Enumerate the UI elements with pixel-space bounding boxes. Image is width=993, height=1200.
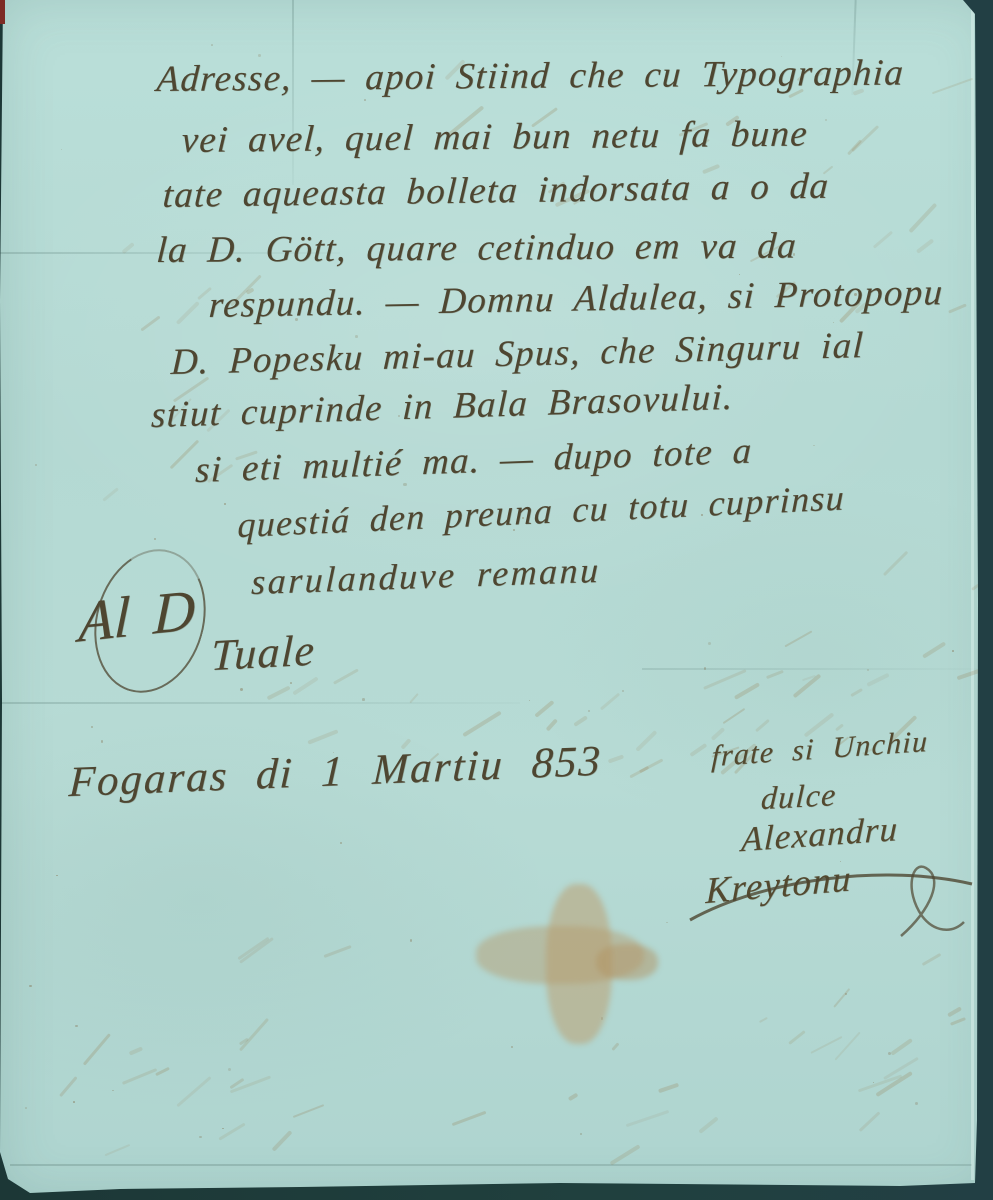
showthrough-stroke: [850, 688, 863, 697]
showthrough-stroke: [704, 669, 747, 690]
showthrough-stroke: [292, 677, 318, 696]
showthrough-stroke: [218, 1122, 246, 1140]
showthrough-stroke: [324, 945, 352, 958]
signature-surname: Kreytonu: [705, 857, 852, 913]
handwritten-line: si eti multié ma. — dupo tote a: [194, 430, 753, 493]
showthrough-stroke: [734, 682, 760, 700]
paper-speck: [915, 1102, 918, 1105]
showthrough-stroke: [121, 242, 134, 254]
handwritten-line: la D. Gött, quare cetinduo em va da: [155, 225, 798, 272]
showthrough-stroke: [237, 937, 269, 960]
paper-speck: [25, 1107, 27, 1109]
showthrough-stroke: [230, 1077, 245, 1089]
horizontal-fold-crease: [0, 702, 520, 704]
paper-speck: [580, 1133, 582, 1135]
showthrough-stroke: [333, 669, 359, 686]
showthrough-stroke: [890, 1038, 912, 1055]
showthrough-stroke: [600, 693, 620, 711]
showthrough-stroke: [922, 641, 946, 658]
showthrough-stroke: [122, 1068, 157, 1084]
scanned-letter-canvas: Adresse, — apoi Stiind che cu Typographi…: [0, 0, 993, 1200]
showthrough-stroke: [140, 316, 160, 332]
handwritten-line: D. Popesku mi-au Spus, che Singuru ial: [170, 324, 865, 384]
handwritten-line: sarulanduve remanu: [251, 549, 602, 603]
showthrough-stroke: [971, 570, 993, 591]
showthrough-stroke: [626, 1110, 670, 1128]
paper-speck: [362, 698, 365, 701]
showthrough-stroke: [690, 743, 708, 757]
bottom-edge-fold-line: [10, 1164, 972, 1166]
showthrough-stroke: [949, 303, 968, 313]
paper-speck: [704, 667, 706, 669]
showthrough-stroke: [176, 301, 200, 325]
showthrough-stroke: [759, 1017, 768, 1023]
paper-speck: [91, 726, 93, 728]
showthrough-stroke: [792, 674, 821, 699]
handwritten-line: respundu. — Domnu Aldulea, si Protopopu: [208, 271, 945, 327]
showthrough-stroke: [847, 140, 862, 156]
showthrough-stroke: [546, 718, 558, 731]
showthrough-stroke: [409, 693, 419, 704]
paper-speck: [952, 650, 954, 652]
showthrough-stroke: [858, 1074, 902, 1091]
paper-speck: [154, 538, 156, 540]
handwritten-line: tate aqueasta bolleta indorsata a o da: [162, 165, 831, 217]
paper-speck: [888, 1052, 891, 1055]
showthrough-stroke: [948, 1006, 962, 1017]
scan-edge-red-sliver: [0, 0, 5, 24]
letter-paper-sheet: Adresse, — apoi Stiind che cu Typographi…: [0, 0, 993, 1200]
paper-speck: [588, 710, 589, 711]
showthrough-stroke: [239, 1017, 269, 1051]
showthrough-stroke: [873, 230, 894, 248]
signature-line: frate si Unchiu: [711, 725, 929, 774]
showthrough-stroke: [723, 708, 746, 724]
paper-edge-highlight: [971, 8, 974, 1180]
paper-speck: [61, 149, 62, 150]
showthrough-stroke: [635, 730, 657, 752]
paper-speck: [228, 1068, 231, 1071]
dateline: Fogaras di 1 Martiu 853: [68, 737, 604, 808]
showthrough-stroke: [128, 1046, 143, 1056]
paper-speck: [56, 875, 57, 876]
showthrough-stroke: [568, 1093, 578, 1101]
paper-speck: [845, 993, 848, 996]
showthrough-stroke: [810, 1036, 842, 1054]
showthrough-stroke: [83, 1034, 111, 1066]
paper-speck: [708, 642, 711, 645]
paper-speck: [364, 99, 366, 101]
paper-speck: [211, 44, 213, 46]
paper-speck: [410, 939, 413, 942]
paper-speck: [112, 1090, 114, 1092]
showthrough-stroke: [884, 1057, 920, 1080]
showthrough-stroke: [239, 1037, 249, 1045]
showthrough-stroke: [833, 989, 850, 1009]
showthrough-stroke: [103, 488, 119, 502]
stain-blob: [596, 944, 658, 980]
showthrough-stroke: [293, 1104, 325, 1118]
showthrough-stroke: [788, 1030, 806, 1045]
handwritten-line: Adresse, — apoi Stiind che cu Typographi…: [155, 51, 905, 101]
paper-speck: [240, 688, 243, 691]
paper-speck: [29, 985, 32, 988]
paper-speck: [622, 690, 624, 692]
cross-shaped-stain: [468, 878, 668, 1053]
horizontal-fold-crease: [642, 668, 977, 670]
showthrough-stroke: [915, 239, 934, 255]
paper-speck: [529, 700, 530, 701]
showthrough-stroke: [766, 670, 784, 680]
paper-speck: [222, 1128, 223, 1129]
paper-speck: [199, 1136, 202, 1139]
showthrough-stroke: [240, 937, 275, 963]
showthrough-stroke: [802, 675, 816, 682]
showthrough-stroke: [851, 125, 879, 152]
paper-speck: [35, 464, 37, 466]
paper-speck: [101, 740, 104, 743]
showthrough-stroke: [105, 1144, 131, 1157]
showthrough-stroke: [639, 765, 649, 772]
showthrough-stroke: [272, 1130, 293, 1151]
paper-speck: [224, 503, 226, 505]
showthrough-stroke: [230, 1076, 271, 1094]
handwritten-line: vei avel, quel mai bun netu fa bune: [180, 112, 809, 162]
paper-speck: [867, 669, 869, 671]
showthrough-stroke: [307, 729, 338, 745]
showthrough-stroke: [267, 685, 291, 699]
showthrough-stroke: [629, 758, 663, 778]
showthrough-stroke: [755, 719, 770, 733]
showthrough-stroke: [462, 711, 501, 737]
paper-speck: [873, 1082, 874, 1083]
showthrough-stroke: [866, 673, 889, 687]
showthrough-stroke: [177, 1075, 213, 1107]
paper-speck: [340, 842, 342, 844]
showthrough-stroke: [59, 1076, 78, 1097]
valediction-monogram: Al D: [78, 576, 197, 656]
showthrough-stroke: [883, 551, 908, 576]
showthrough-stroke: [698, 1116, 719, 1134]
paper-speck: [833, 322, 834, 323]
showthrough-stroke: [658, 1083, 679, 1093]
paper-speck: [75, 1025, 78, 1028]
showthrough-stroke: [956, 661, 993, 680]
paper-speck: [290, 682, 292, 684]
handwritten-line: stiut cuprinde in Bala Brasovului.: [150, 376, 734, 437]
showthrough-stroke: [950, 1017, 966, 1025]
showthrough-stroke: [859, 1111, 881, 1132]
showthrough-stroke: [156, 1067, 171, 1076]
showthrough-stroke: [932, 78, 973, 95]
showthrough-stroke: [834, 1031, 860, 1060]
paper-speck: [825, 119, 826, 120]
showthrough-stroke: [573, 715, 588, 727]
showthrough-stroke: [908, 202, 937, 233]
signature-line: dulce: [760, 776, 838, 817]
valediction-word: Tuale: [210, 625, 316, 682]
showthrough-stroke: [608, 754, 624, 763]
paper-speck: [813, 445, 815, 447]
showthrough-stroke: [876, 1071, 913, 1097]
showthrough-stroke: [451, 1110, 486, 1125]
showthrough-stroke: [785, 631, 813, 648]
showthrough-stroke: [534, 700, 554, 718]
showthrough-stroke: [922, 953, 942, 966]
showthrough-stroke: [609, 1144, 640, 1165]
paper-speck: [73, 1101, 75, 1103]
